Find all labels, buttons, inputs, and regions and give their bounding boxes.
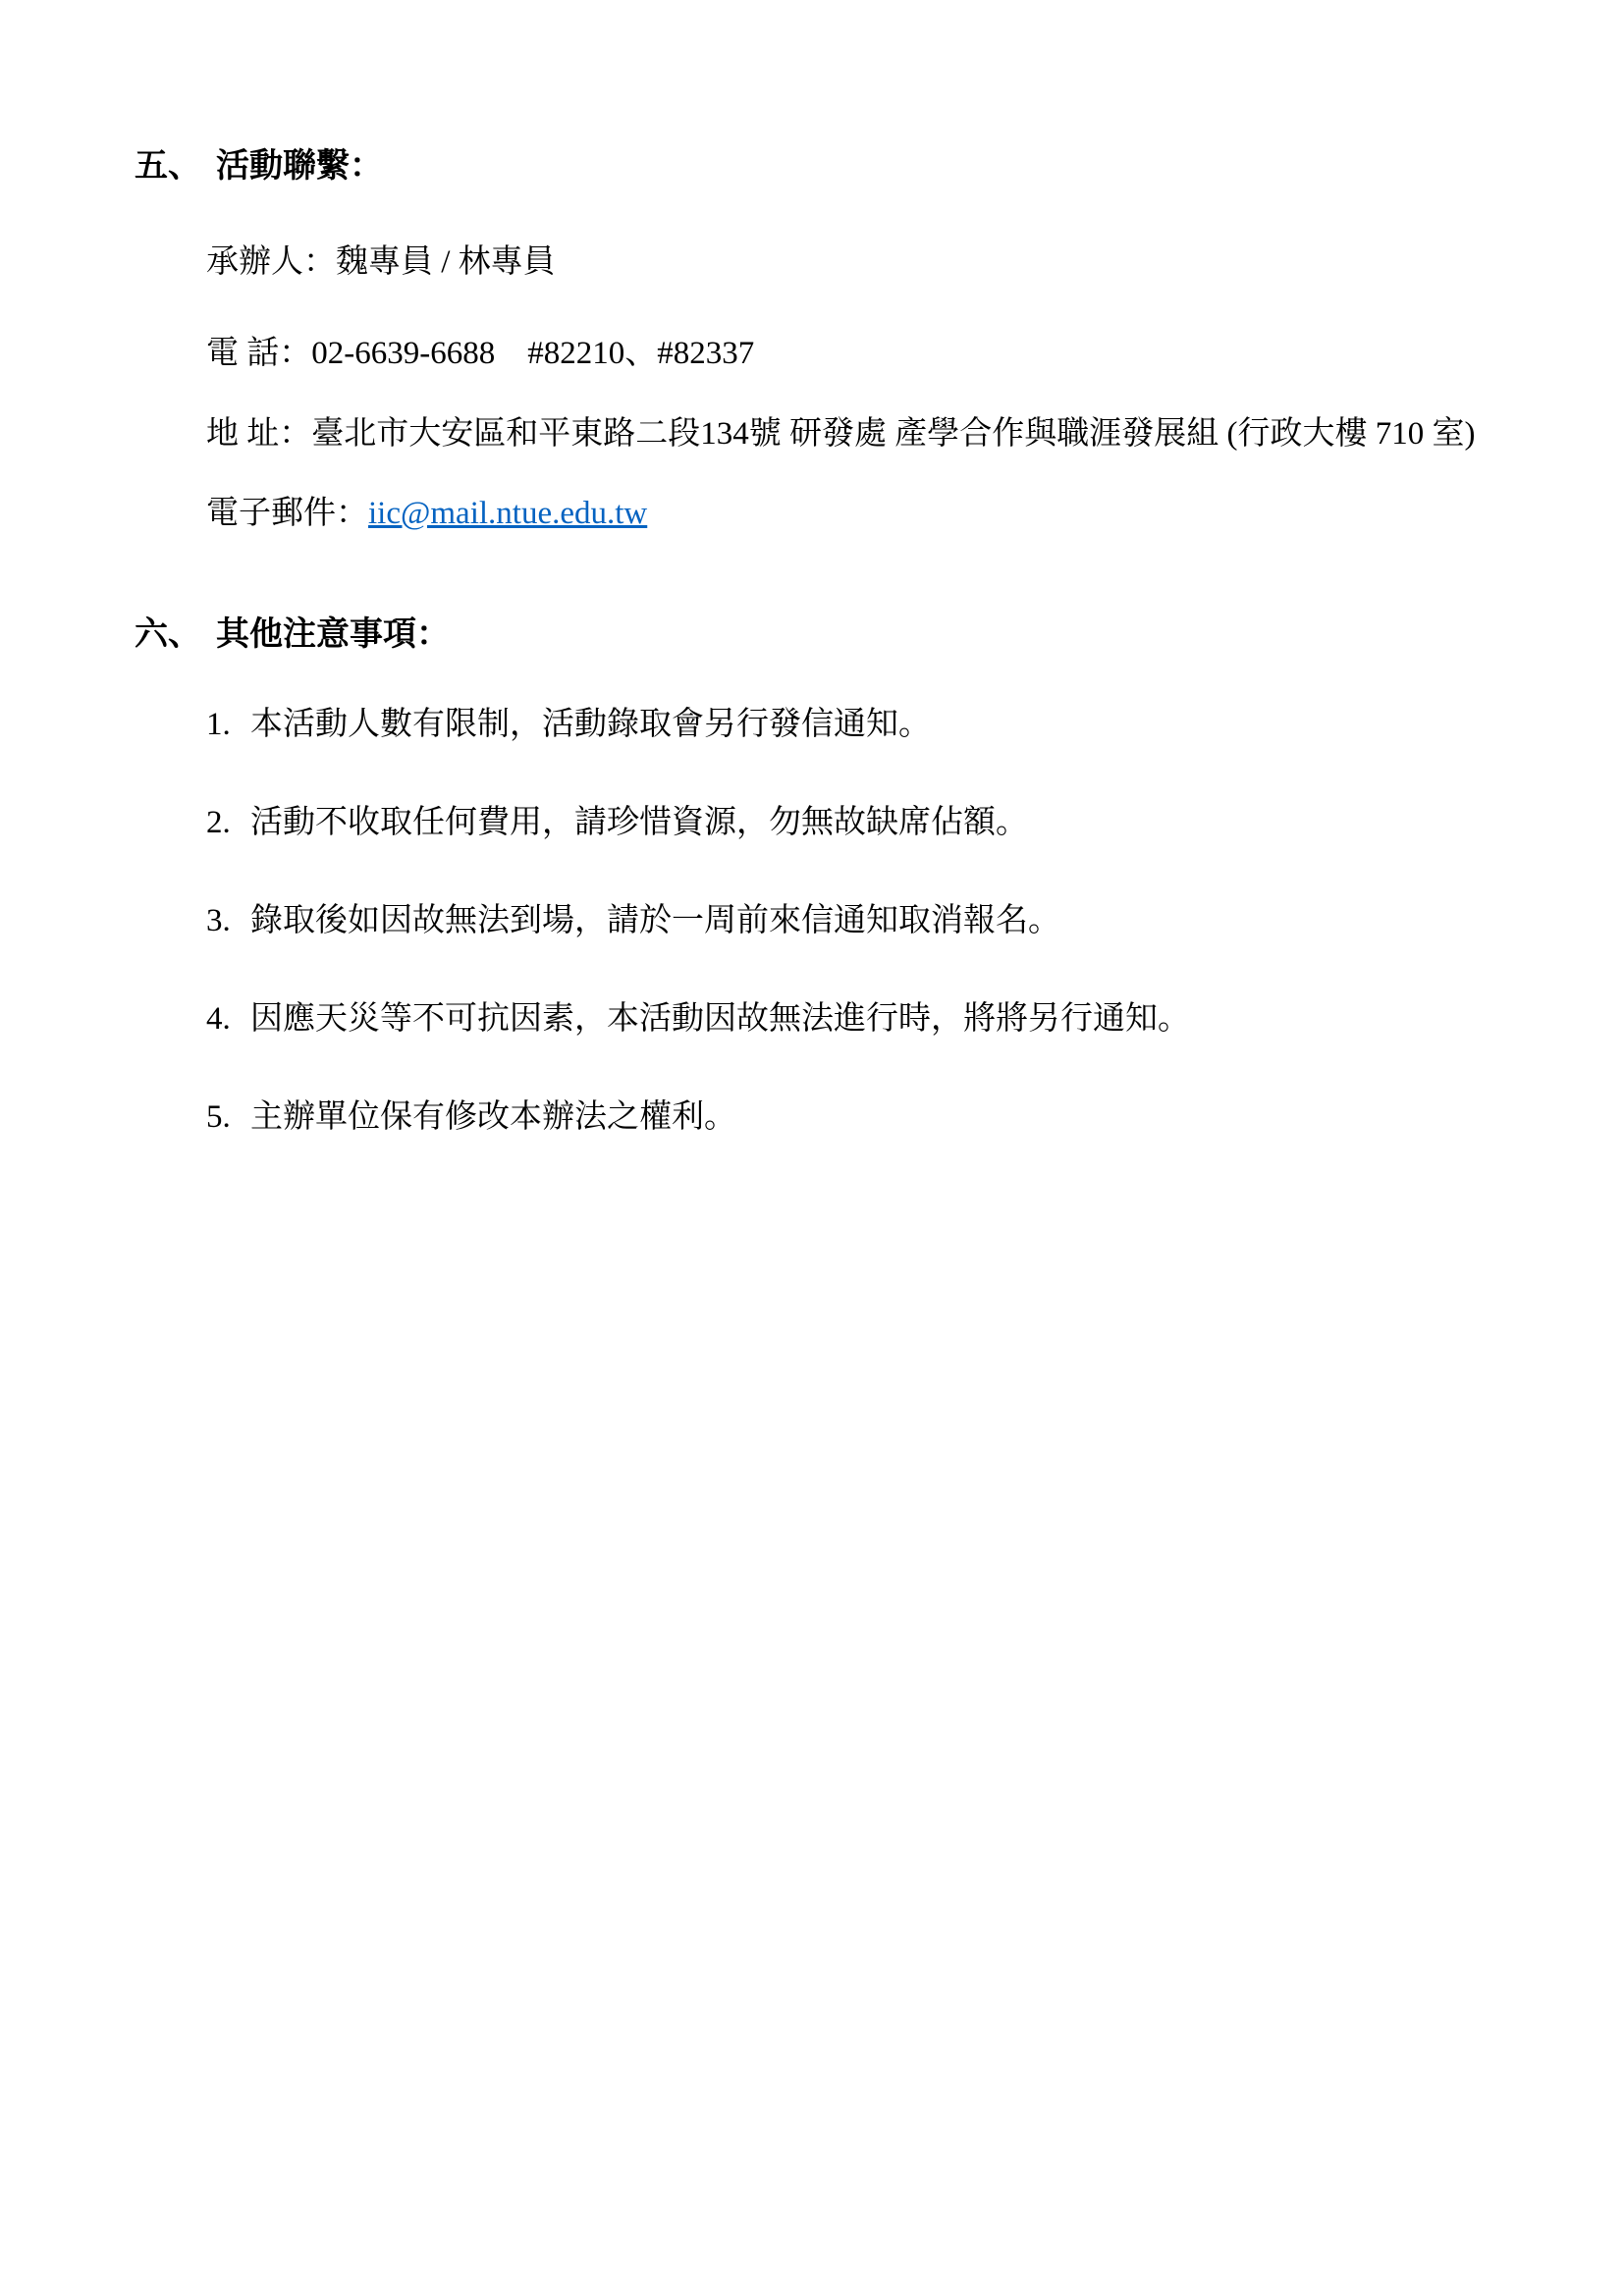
note-item: 1. 本活動人數有限制，活動錄取會另行發信通知。 bbox=[206, 705, 1565, 744]
note-number: 3. bbox=[206, 901, 250, 940]
note-item: 2. 活動不收取任何費用，請珍惜資源，勿無故缺席佔額。 bbox=[206, 803, 1565, 842]
phone-line: 電 話：02-6639-6688 #82210、#82337 bbox=[206, 334, 1565, 373]
email-label: 電子郵件： bbox=[206, 496, 368, 531]
note-text: 主辦單位保有修改本辦法之權利。 bbox=[250, 1097, 736, 1137]
note-text: 活動不收取任何費用，請珍惜資源，勿無故缺席佔額。 bbox=[250, 803, 1028, 842]
note-number: 4. bbox=[206, 999, 250, 1039]
email-line: 電子郵件：iic@mail.ntue.edu.tw bbox=[206, 494, 1565, 533]
section-notes-marker: 六、 bbox=[135, 615, 216, 655]
email-link[interactable]: iic@mail.ntue.edu.tw bbox=[368, 496, 647, 531]
note-text: 因應天災等不可抗因素，本活動因故無法進行時，將將另行通知。 bbox=[250, 999, 1190, 1039]
phone-value: 02-6639-6688 #82210、#82337 bbox=[311, 336, 754, 371]
document-page: 五、活動聯繫： 承辦人：魏專員 / 林專員 電 話：02-6639-6688 #… bbox=[0, 0, 1624, 2296]
section-notes-heading: 六、其他注意事項： bbox=[135, 615, 1565, 655]
address-value: 臺北市大安區和平東路二段134號 研發處 產學合作與職涯發展組 (行政大樓 71… bbox=[311, 416, 1475, 452]
section-contact-marker: 五、 bbox=[135, 147, 216, 187]
organizer-text: 承辦人：魏專員 / 林專員 bbox=[206, 244, 556, 280]
section-contact-heading: 五、活動聯繫： bbox=[135, 147, 1565, 187]
note-number: 5. bbox=[206, 1097, 250, 1137]
note-number: 1. bbox=[206, 705, 250, 744]
section-contact-title: 活動聯繫： bbox=[216, 148, 383, 185]
note-number: 2. bbox=[206, 803, 250, 842]
note-item: 3. 錄取後如因故無法到場，請於一周前來信通知取消報名。 bbox=[206, 901, 1565, 940]
note-text: 本活動人數有限制，活動錄取會另行發信通知。 bbox=[250, 705, 931, 744]
address-label: 地 址： bbox=[206, 416, 311, 452]
phone-label: 電 話： bbox=[206, 336, 311, 371]
notes-list: 1. 本活動人數有限制，活動錄取會另行發信通知。 2. 活動不收取任何費用，請珍… bbox=[135, 705, 1565, 1137]
organizer-line: 承辦人：魏專員 / 林專員 bbox=[206, 242, 1565, 282]
note-item: 4. 因應天災等不可抗因素，本活動因故無法進行時，將將另行通知。 bbox=[206, 999, 1565, 1039]
section-notes-title: 其他注意事項： bbox=[216, 616, 450, 653]
address-line: 地 址：臺北市大安區和平東路二段134號 研發處 產學合作與職涯發展組 (行政大… bbox=[206, 414, 1565, 454]
note-text: 錄取後如因故無法到場，請於一周前來信通知取消報名。 bbox=[250, 901, 1060, 940]
note-item: 5. 主辦單位保有修改本辦法之權利。 bbox=[206, 1097, 1565, 1137]
